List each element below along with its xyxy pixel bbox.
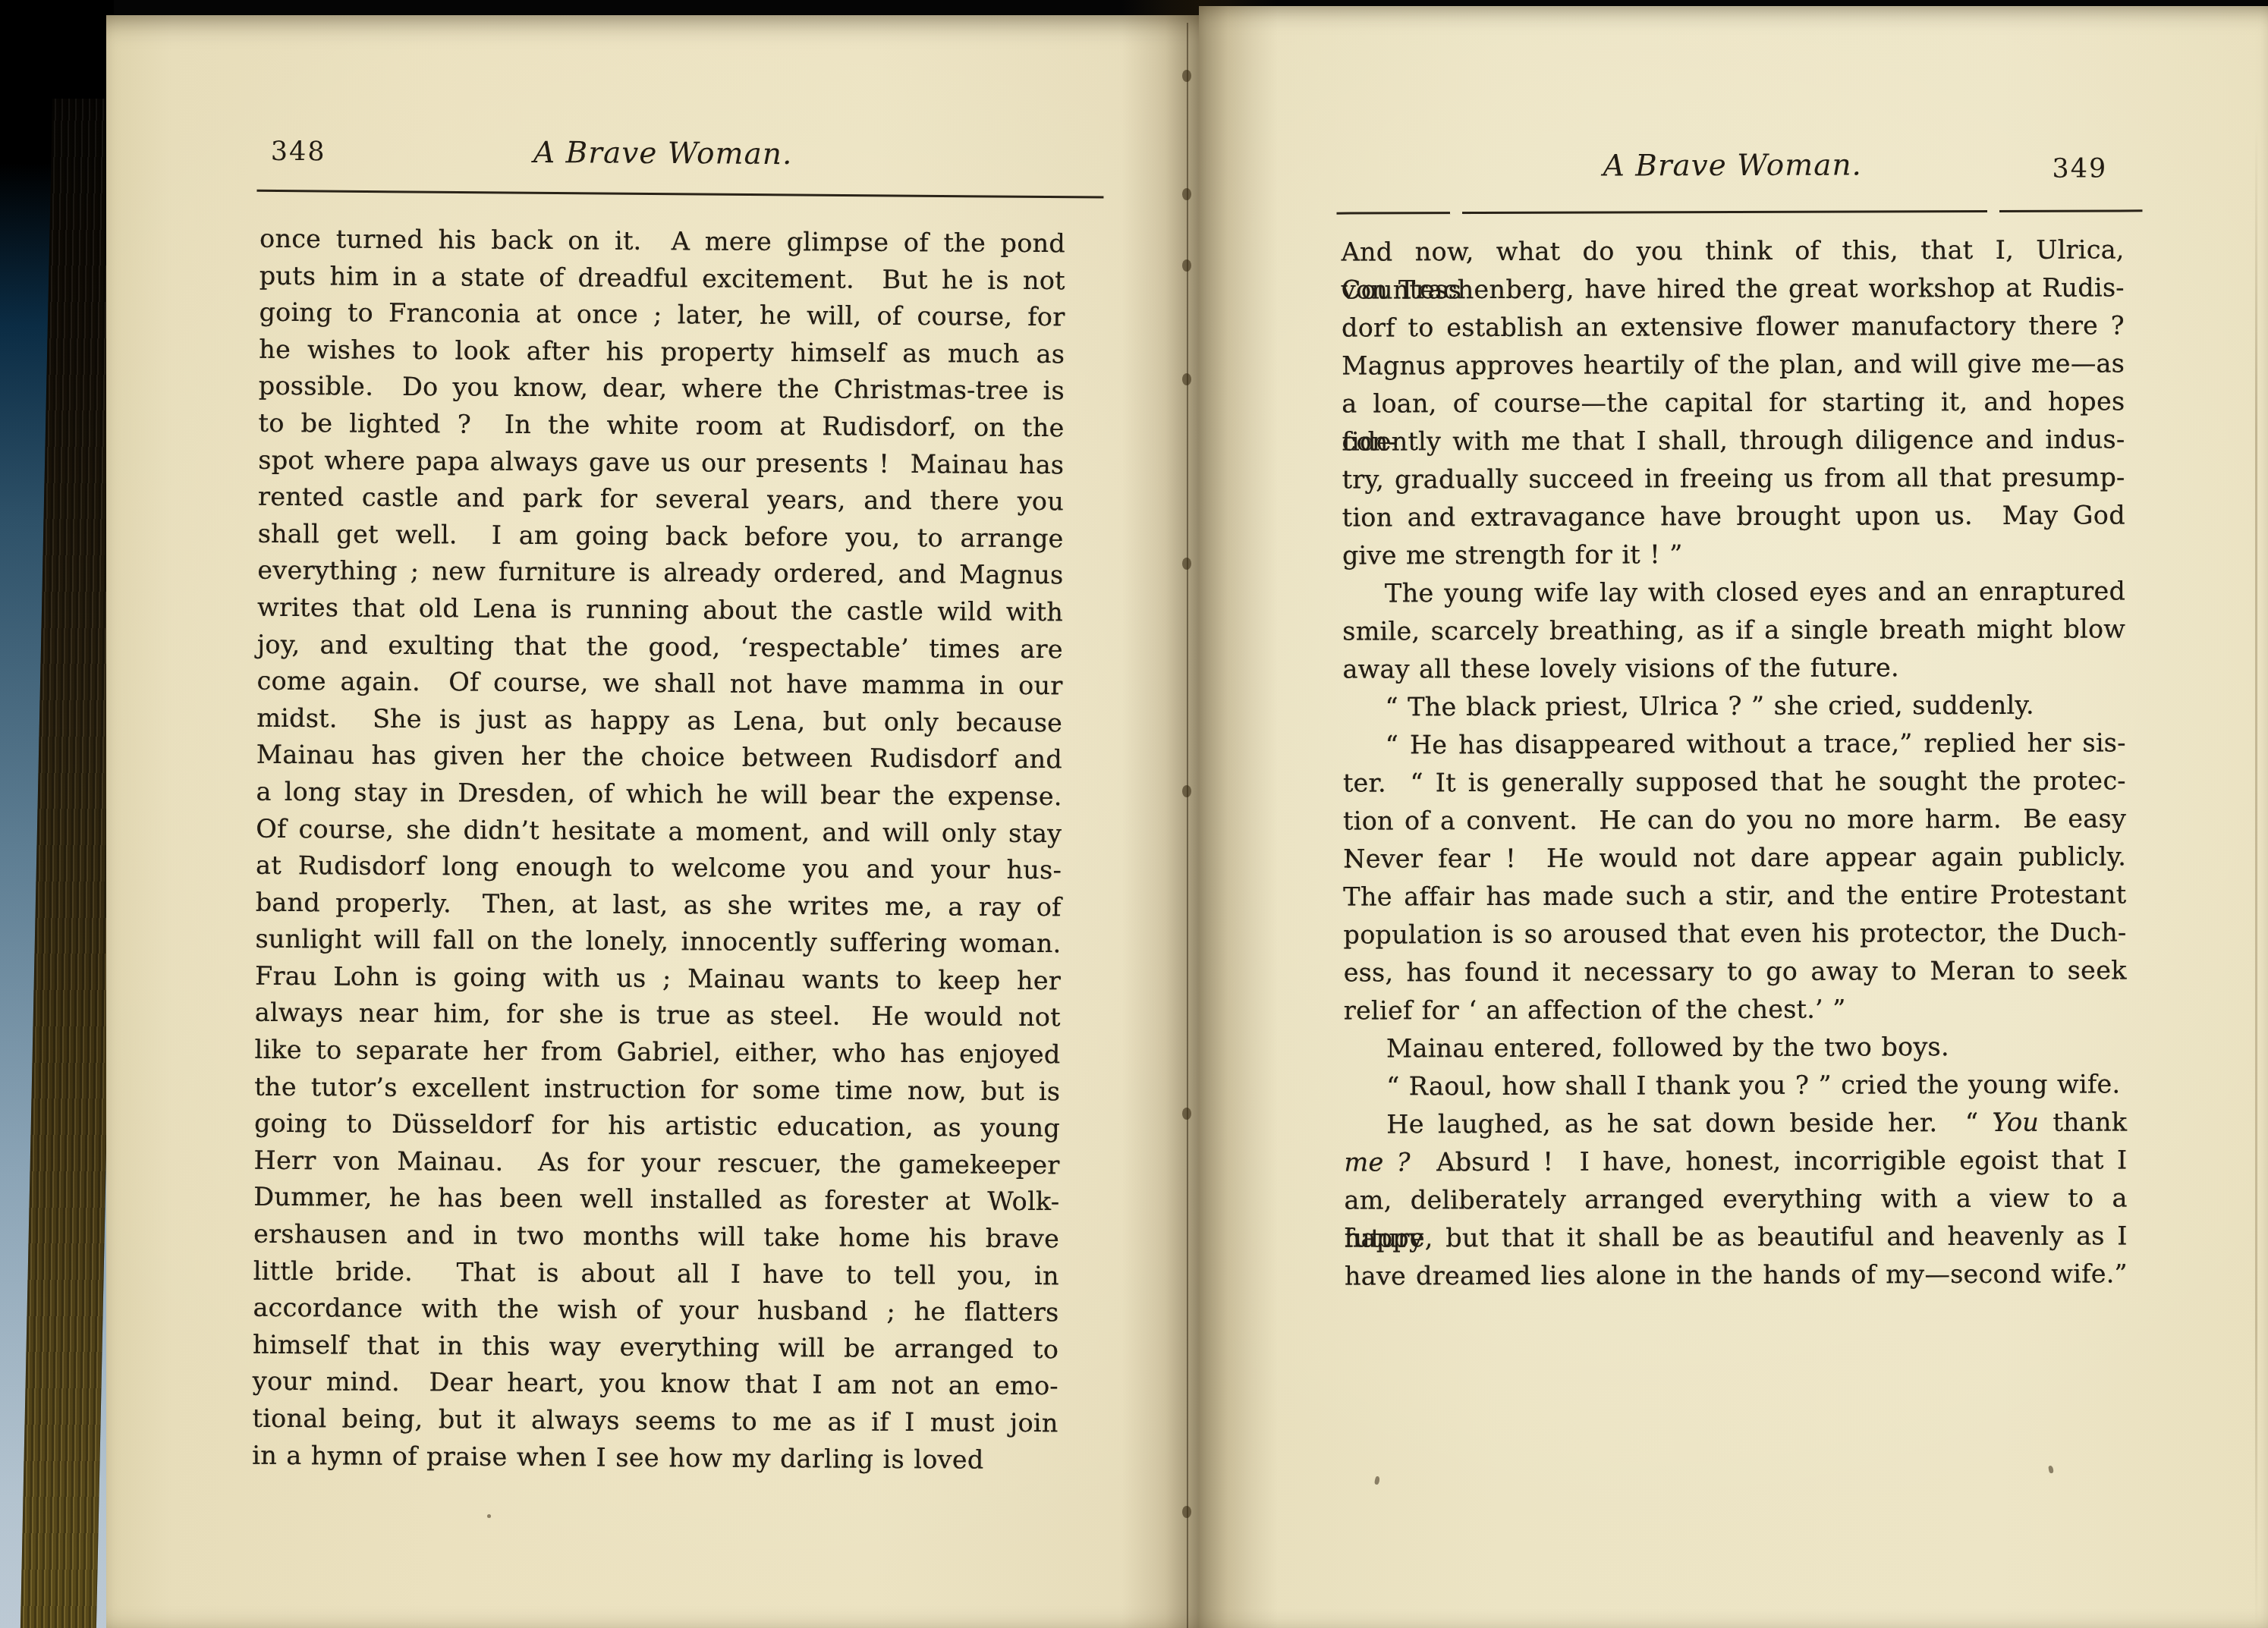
left-page-body: once turned his back on it. A mere glimp…: [252, 221, 1065, 1479]
text-line: The young wife lay with closed eyes and …: [1342, 572, 2125, 612]
text-line: possible. Do you know, dear, where the C…: [259, 368, 1065, 410]
text-line: Dummer, he has been well installed as fo…: [253, 1179, 1059, 1221]
left-running-title: A Brave Woman.: [260, 134, 1066, 173]
binding-stitch: [1182, 1108, 1191, 1120]
text-line: joy, and exulting that the good, ‘respec…: [257, 626, 1063, 668]
text-line: going to Düsseldorf for his artistic edu…: [254, 1105, 1060, 1147]
text-line: shall get well. I am going back before y…: [258, 516, 1064, 558]
book-scan: 348 A Brave Woman. once turned his back …: [0, 0, 2268, 1628]
text-line: sunlight will fall on the lonely, innoce…: [255, 921, 1061, 963]
text-line: “ Raoul, how shall I thank you ? ” cried…: [1344, 1065, 2127, 1105]
text-line: he wishes to look after his property him…: [259, 332, 1065, 373]
text-line: going to Franconia at once ; later, he w…: [259, 294, 1065, 336]
left-page-content: 348 A Brave Woman. once turned his back …: [99, 12, 1202, 1628]
text-line: Magnus approves heartily of the plan, an…: [1342, 344, 2125, 385]
book-gutter: [1121, 0, 1278, 1628]
right-page-content: A Brave Woman. 349 And now, what do you …: [1197, 5, 2268, 1628]
left-page-header: 348 A Brave Woman.: [260, 134, 1066, 178]
text-line: relief for ‘ an affection of the chest.’…: [1344, 989, 2127, 1029]
text-line: Herr von Mainau. As for your rescuer, th…: [254, 1142, 1060, 1184]
text-line: And now, what do you think of this, that…: [1342, 231, 2125, 271]
right-page: A Brave Woman. 349 And now, what do you …: [1199, 6, 2268, 1628]
text-line: puts him in a state of dreadful exciteme…: [260, 257, 1065, 299]
right-page-body: And now, what do you think of this, that…: [1342, 231, 2128, 1295]
text-line: ess, has found it necessary to go away t…: [1344, 951, 2127, 992]
text-line: ershausen and in two months will take ho…: [253, 1216, 1059, 1258]
text-line: The affair has made such a stir, and the…: [1343, 875, 2126, 916]
text-line: Mainau has given her the choice between …: [256, 737, 1062, 778]
right-page-header: A Brave Woman. 349: [1341, 147, 2124, 189]
text-line: have dreamed lies alone in the hands of …: [1345, 1255, 2128, 1295]
text-line: writes that old Lena is running about th…: [257, 589, 1063, 631]
text-line: give me strength for it ! ”: [1342, 534, 2125, 574]
text-line: in a hymn of praise when I see how my da…: [252, 1437, 1058, 1479]
right-header-rule: [1336, 209, 2142, 214]
left-page-number: 348: [271, 137, 326, 167]
binding-stitch: [1182, 70, 1191, 82]
text-line: rented castle and park for several years…: [258, 479, 1064, 520]
dust-speck: [487, 1514, 491, 1518]
text-line: tional being, but it always seems to me …: [252, 1400, 1058, 1442]
left-page: 348 A Brave Woman. once turned his back …: [106, 15, 1199, 1628]
text-segment: He laughed, as he sat down beside her. “: [1386, 1108, 1992, 1139]
binding-stitch: [1182, 1506, 1191, 1518]
right-page-number: 349: [2052, 153, 2107, 184]
text-line: accordance with the wish of your husband…: [253, 1290, 1059, 1331]
text-line: me ? Absurd ! I have, honest, incorrigib…: [1344, 1141, 2127, 1181]
text-line: himself that in this way everything will…: [253, 1327, 1059, 1369]
text-line: tion and extravagance have brought upon …: [1342, 496, 2125, 536]
text-segment-italic: me ?: [1344, 1147, 1410, 1177]
left-header-rule: [256, 190, 1103, 199]
text-segment: thank: [2039, 1107, 2127, 1136]
text-line: midst. She is just as happy as Lena, but…: [256, 700, 1062, 742]
text-line: the tutor’s excellent instruction for so…: [254, 1068, 1060, 1110]
text-line: smile, scarcely breathing, as if a singl…: [1342, 610, 2125, 650]
text-line: your mind. Dear heart, you know that I a…: [253, 1363, 1059, 1405]
binding-stitch: [1182, 188, 1191, 200]
text-line: “ He has disappeared without a trace,” r…: [1343, 724, 2126, 764]
text-line: everything ; new furniture is already or…: [257, 552, 1063, 594]
text-line: ter. “ It is generally supposed that he …: [1343, 762, 2126, 802]
text-line: tion of a convent. He can do you no more…: [1343, 800, 2126, 840]
text-line: Never fear ! He would not dare appear ag…: [1343, 838, 2126, 878]
text-line: like to separate her from Gabriel, eithe…: [254, 1032, 1060, 1073]
binding-stitch: [1182, 373, 1191, 385]
text-line: try, gradually succeed in freeing us fro…: [1342, 458, 2125, 498]
text-line: a long stay in Dresden, of which he will…: [256, 774, 1062, 816]
text-line: dorf to establish an extensive flower ma…: [1342, 306, 2125, 347]
text-line: “ The black priest, Ulrica ? ” she cried…: [1342, 686, 2125, 726]
text-line: am, deliberately arranged everything wit…: [1345, 1179, 2128, 1219]
text-segment-italic: You: [1993, 1108, 2040, 1137]
text-line: band properly. Then, at last, as she wri…: [256, 885, 1062, 926]
text-line: Frau Lohn is going with us ; Mainau want…: [255, 958, 1061, 1000]
text-line: fidently with me that I shall, through d…: [1342, 420, 2125, 460]
text-line: He laughed, as he sat down beside her. “…: [1344, 1103, 2127, 1143]
text-line: away all these lovely visions of the fut…: [1342, 648, 2125, 688]
text-line: population is so aroused that even his p…: [1343, 913, 2126, 954]
binding-stitch: [1182, 259, 1191, 272]
text-line: little bride. That is about all I have t…: [253, 1252, 1059, 1294]
right-running-title: A Brave Woman.: [1341, 147, 2124, 184]
binding-stitch: [1182, 785, 1191, 797]
text-line: spot where papa always gave us our prese…: [258, 442, 1064, 483]
adjacent-page-edge: [2255, 127, 2257, 1628]
text-line: always near him, for she is true as stee…: [255, 995, 1061, 1036]
binding-stitch: [1182, 558, 1191, 570]
text-line: at Rudisdorf long enough to welcome you …: [256, 847, 1062, 889]
text-segment: Absurd ! I have, honest, incorrigible eg…: [1411, 1145, 2128, 1177]
text-line: Mainau entered, followed by the two boys…: [1344, 1027, 2127, 1067]
text-line: a loan, of course—the capital for starti…: [1342, 382, 2125, 423]
text-line: once turned his back on it. A mere glimp…: [260, 221, 1065, 262]
text-line: to be lighted ? In the white room at Rud…: [258, 405, 1064, 447]
text-line: come again. Of course, we shall not have…: [256, 663, 1062, 705]
text-line: Of course, she didn’t hesitate a moment,…: [256, 810, 1062, 852]
text-line: future, but that it shall be as beautifu…: [1345, 1217, 2128, 1257]
text-line: von Trachenberg, have hired the great wo…: [1342, 269, 2125, 309]
